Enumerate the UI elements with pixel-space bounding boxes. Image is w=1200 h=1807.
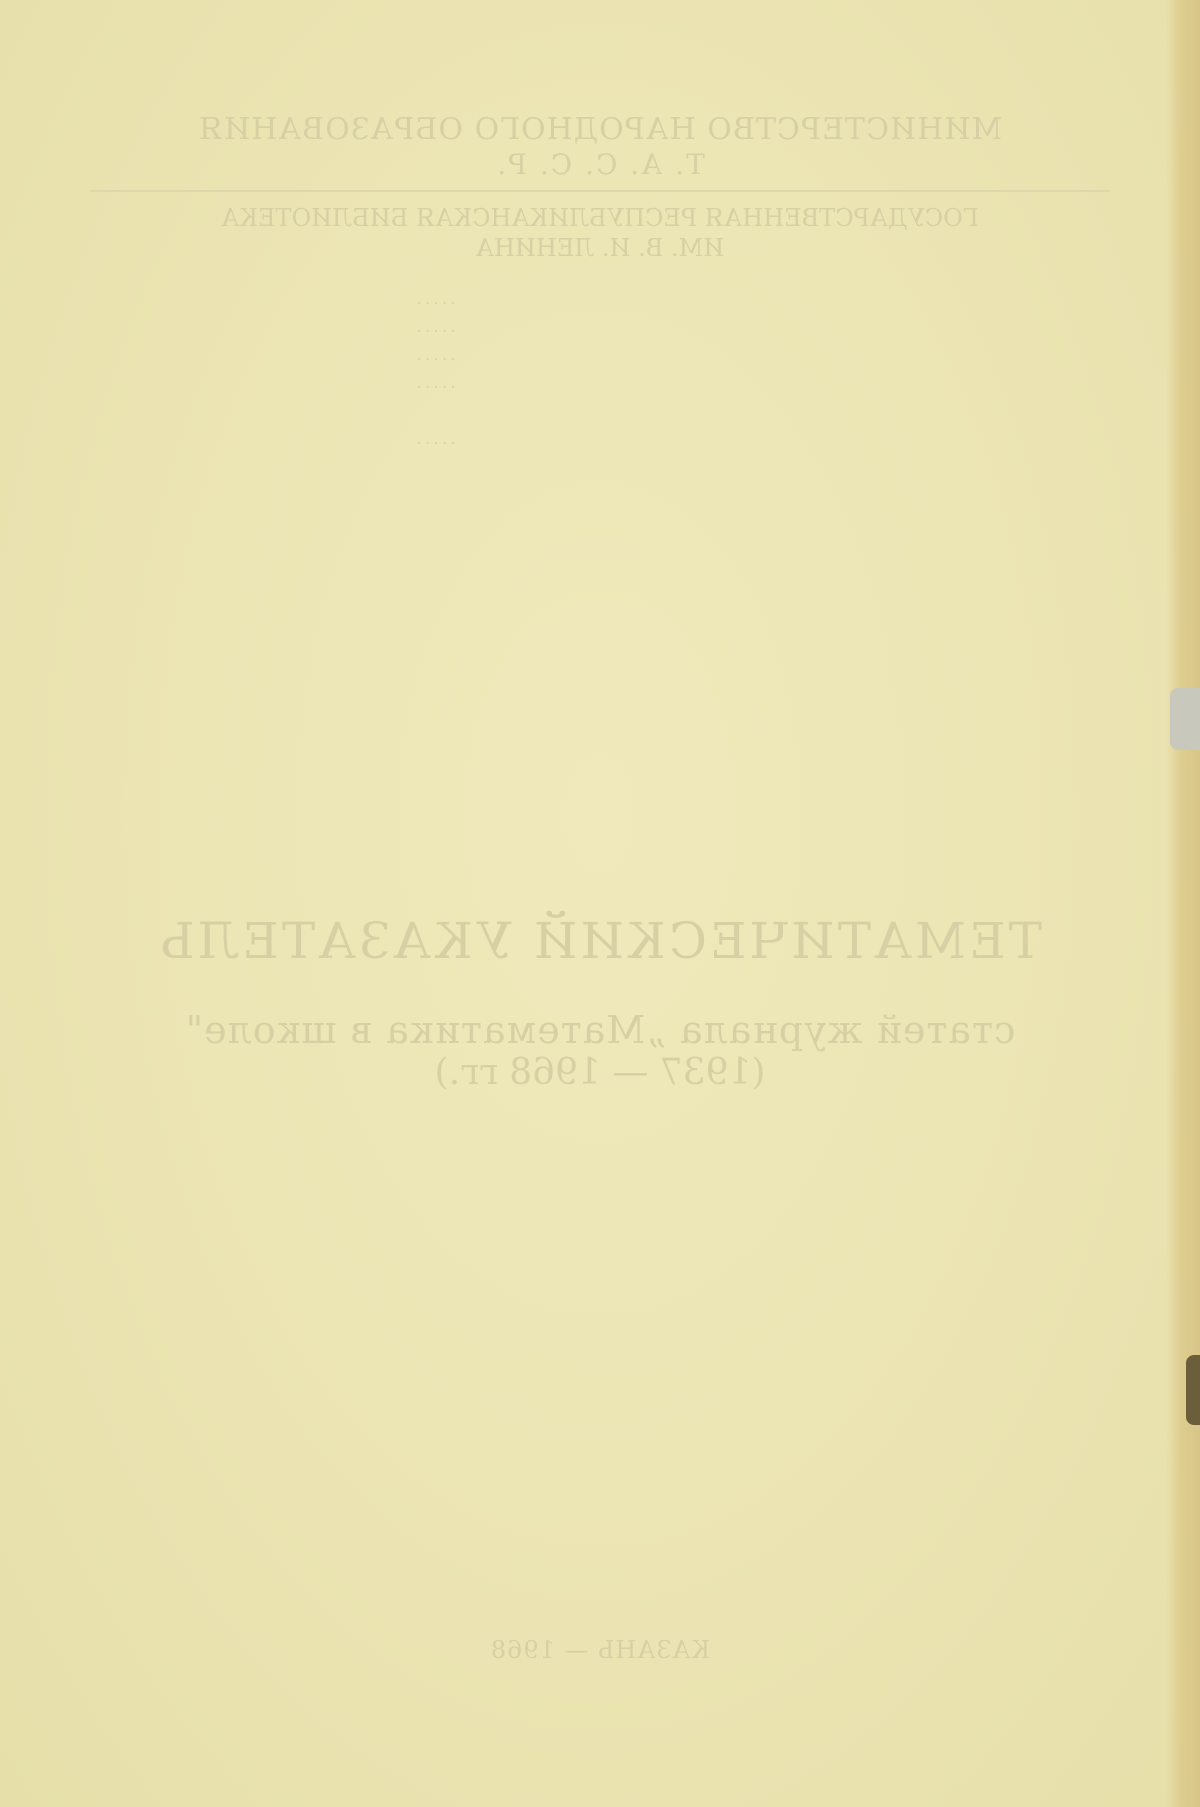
paper-edge [1166,0,1200,1807]
document-title: ТЕМАТИЧЕСКИЙ УКАЗАТЕЛЬ [0,912,1200,970]
binding-hole [1170,688,1200,750]
document-subtitle: статей журнала „Математика в школе" [0,1008,1200,1052]
header-line-3: ГОСУДАРСТВЕННАЯ РЕСПУБЛИКАНСКАЯ БИБЛИОТЕ… [0,204,1200,232]
header-line-4: ИМ. В. И. ЛЕНИНА [0,234,1200,262]
imprint: КАЗАНЬ — 1968 [0,1636,1200,1664]
header-rule [90,190,1110,192]
faint-catalog-block: ························· [415,290,457,458]
binding-damage [1186,1355,1200,1425]
header-line-2: Т. А. С. С. Р. [0,148,1200,181]
header-line-1: МИНИСТЕРСТВО НАРОДНОГО ОБРАЗОВАНИЯ [0,112,1200,147]
document-years: (1937 — 1968 гг.) [0,1052,1200,1093]
scanned-page: МИНИСТЕРСТВО НАРОДНОГО ОБРАЗОВАНИЯ Т. А.… [0,0,1200,1807]
